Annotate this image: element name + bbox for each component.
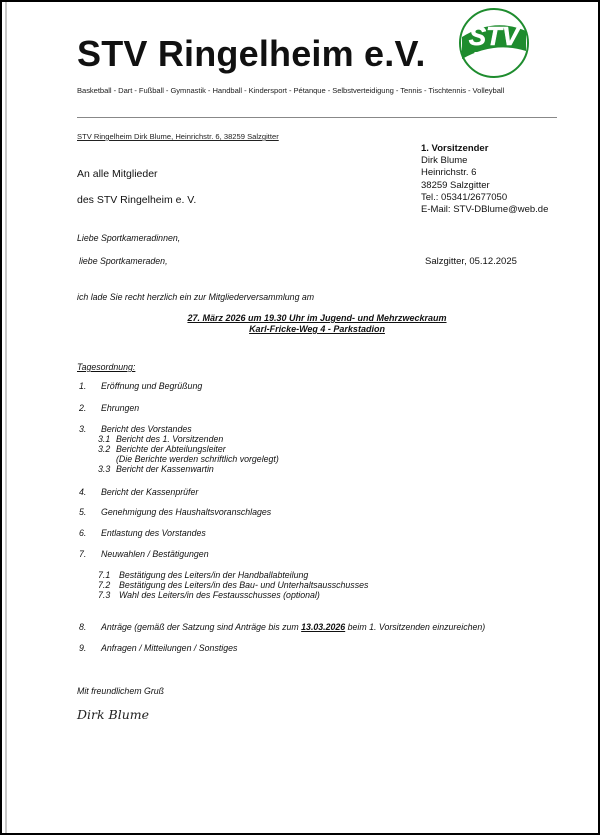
agenda-item: 7.Neuwahlen / Bestätigungen [79,549,209,559]
agenda-title: Tagesordnung: [77,362,135,372]
agenda-subitem: 3.1Bericht des 1. Vorsitzenden [98,434,223,444]
event-address: Karl-Fricke-Weg 4 - Parkstadion [150,324,484,335]
page-edge-line [5,2,7,833]
agenda-item: 8.Anträge (gemäß der Satzung sind Anträg… [79,622,485,632]
deadline-date: 13.03.2026 [301,622,345,632]
logo-sub-text: RINGELHEIM [474,52,518,59]
letter-date: Salzgitter, 05.12.2025 [425,256,517,267]
invitation-text: ich lade Sie recht herzlich ein zur Mitg… [77,292,314,302]
agenda-subitem: 7.1Bestätigung des Leiters/in der Handba… [98,570,308,580]
greeting-line-1: Liebe Sportkameradinnen, [77,233,180,243]
agenda-item: 4.Bericht der Kassenprüfer [79,487,198,497]
closing-text: Mit freundlichem Gruß [77,686,164,696]
logo-main-text: STV [469,21,522,51]
agenda-item: 6.Entlastung des Vorstandes [79,528,206,538]
agenda-item: 3.Bericht des Vorstandes [79,424,192,434]
agenda-subitem: 7.3Wahl des Leiters/in des Festausschuss… [98,590,320,600]
contact-name: Dirk Blume [421,155,548,167]
sports-list: Basketball - Dart - Fußball - Gymnastik … [77,86,504,95]
contact-email[interactable]: E-Mail: STV-DBlume@web.de [421,204,548,216]
contact-street: Heinrichstr. 6 [421,167,548,179]
agenda-subitem: 7.2Bestätigung des Leiters/in des Bau- u… [98,580,368,590]
stv-ringelheim-logo-icon: STV RINGELHEIM [458,7,530,79]
agenda-subitem: 3.3Bericht der Kassenwartin [98,464,214,474]
agenda-subitem: 3.2Berichte der Abteilungsleiter [98,444,226,454]
contact-role: 1. Vorsitzender [421,143,548,155]
agenda-subitem-note: (Die Berichte werden schriftlich vorgele… [116,454,279,464]
event-details: 27. März 2026 um 19.30 Uhr im Jugend- un… [150,313,484,335]
contact-city: 38259 Salzgitter [421,180,548,192]
contact-block: 1. Vorsitzender Dirk Blume Heinrichstr. … [421,143,548,216]
sender-return-address: STV Ringelheim Dirk Blume, Heinrichstr. … [77,132,279,141]
recipient-line-1: An alle Mitglieder [77,168,158,180]
greeting-line-2: liebe Sportkameraden, [79,256,168,266]
recipient-line-2: des STV Ringelheim e. V. [77,194,196,206]
header-divider [77,117,557,118]
signature: Dirk Blume [77,707,149,722]
agenda-item: 9.Anfragen / Mitteilungen / Sonstiges [79,643,237,653]
event-date-location: 27. März 2026 um 19.30 Uhr im Jugend- un… [150,313,484,324]
agenda-item: 5.Genehmigung des Haushaltsvoranschlages [79,507,271,517]
agenda-item: 2.Ehrungen [79,403,139,413]
club-title: STV Ringelheim e.V. [77,33,426,75]
contact-phone: Tel.: 05341/2677050 [421,192,548,204]
agenda-item: 1.Eröffnung und Begrüßung [79,381,202,391]
